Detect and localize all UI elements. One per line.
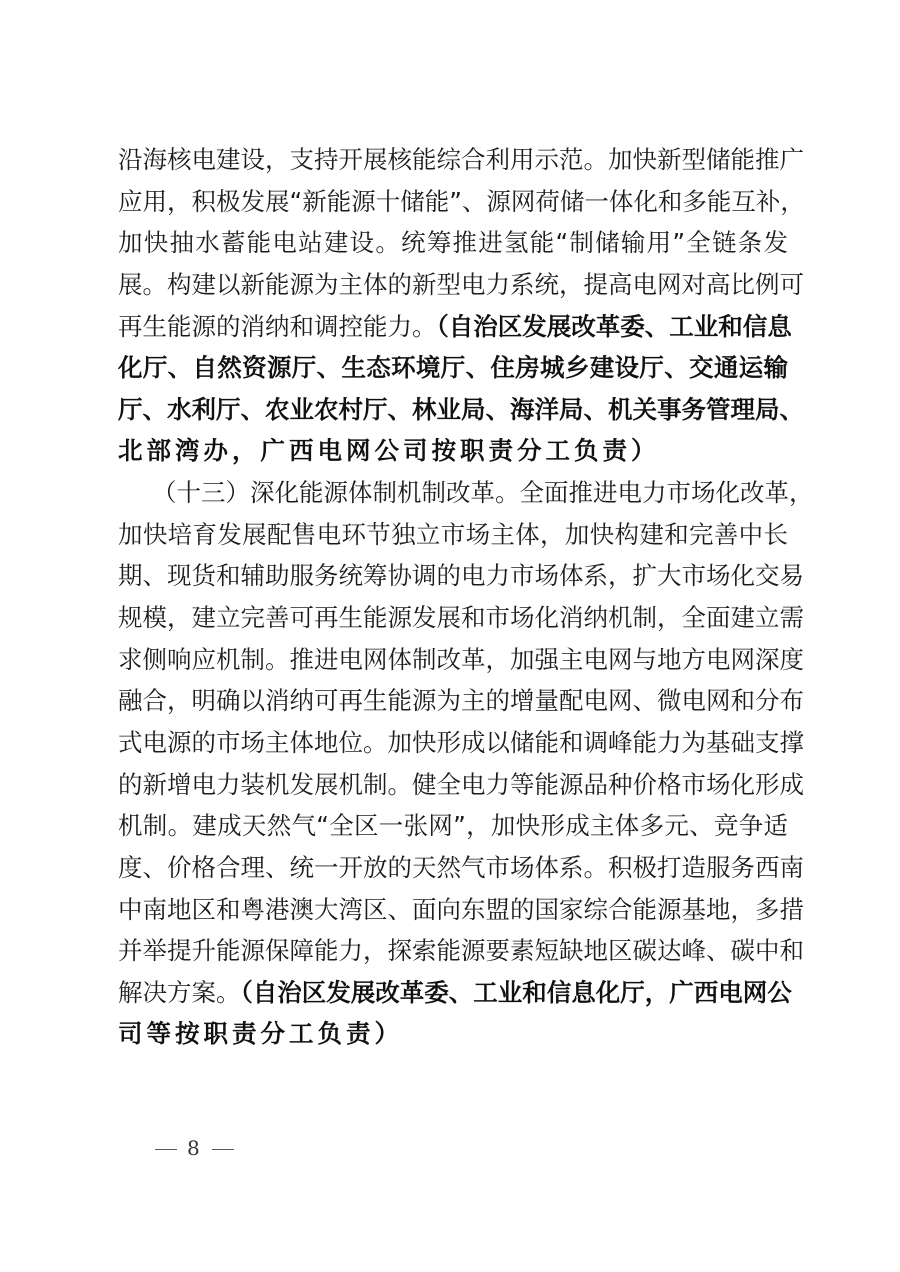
paragraph-text: 再生能源的消纳和调控能力。 (118, 312, 437, 341)
responsible-departments: 北部湾办，广西电网公司按职责分工负责） (118, 436, 660, 465)
text-line: 的新增电力装机发展机制。健全电力等能源品种价格市场化形成 (118, 764, 788, 806)
text-line: 沿海核电建设，支持开展核能综合利用示范。加快新型储能推广 (118, 139, 788, 181)
section-heading: （十三）深化能源体制机制改革。 (152, 478, 520, 507)
text-line: 融合，明确以消纳可再生能源为主的增量配电网、微电网和分布 (118, 680, 788, 722)
text-line: 展。构建以新能源为主体的新型电力系统，提高电网对高比例可 (118, 264, 788, 306)
paragraph-text: 加快培育发展配售电环节独立市场主体，加快构建和完善中长 (118, 520, 788, 549)
paragraph-text: 期、现货和辅助服务统筹协调的电力市场体系，扩大市场化交易 (118, 561, 804, 590)
paragraph-text: 机制。建成天然气“全区一张网”，加快形成主体多元、竞争适 (118, 811, 788, 840)
dash-right (212, 1149, 234, 1150)
text-line: 并举提升能源保障能力，探索能源要素短缺地区碳达峰、碳中和 (118, 930, 788, 972)
paragraph-text: 求侧响应机制。推进电网体制改革，加强主电网与地方电网深度 (118, 645, 804, 674)
text-line: 解决方案。（自治区发展改革委、工业和信息化厅，广西电网公 (118, 972, 788, 1014)
text-line: （十三）深化能源体制机制改革。全面推进电力市场化改革， (118, 472, 788, 514)
responsible-departments: （自治区发展改革委、工业和信息化厅，广西电网公 (241, 978, 792, 1007)
text-line: 求侧响应机制。推进电网体制改革，加强主电网与地方电网深度 (118, 639, 788, 681)
paragraph-text: 中南地区和粤港澳大湾区、面向东盟的国家综合能源基地，多措 (118, 895, 804, 924)
paragraph-text: 式电源的市场主体地位。加快形成以储能和调峰能力为基础支撑 (118, 728, 804, 757)
text-line: 化厅、自然资源厅、生态环境厅、住房城乡建设厅、交通运输 (118, 347, 788, 389)
paragraph-text: 全面推进电力市场化改革， (520, 478, 814, 507)
text-line: 加快培育发展配售电环节独立市场主体，加快构建和完善中长 (118, 514, 788, 556)
text-line: 司等按职责分工负责） (118, 1013, 788, 1055)
paragraph-text: 规模，建立完善可再生能源发展和市场化消纳机制，全面建立需 (118, 603, 804, 632)
paragraph-text: 的新增电力装机发展机制。健全电力等能源品种价格市场化形成 (118, 770, 804, 799)
responsible-departments: （自治区发展改革委、工业和信息 (437, 312, 792, 341)
paragraph-text: 沿海核电建设，支持开展核能综合利用示范。加快新型储能推广 (118, 145, 804, 174)
responsible-departments: 司等按职责分工负责） (118, 1019, 403, 1048)
text-line: 期、现货和辅助服务统筹协调的电力市场体系，扩大市场化交易 (118, 555, 788, 597)
responsible-departments: 化厅、自然资源厅、生态环境厅、住房城乡建设厅、交通运输 (118, 353, 788, 382)
text-line: 式电源的市场主体地位。加快形成以储能和调峰能力为基础支撑 (118, 722, 788, 764)
paragraph-text: 展。构建以新能源为主体的新型电力系统，提高电网对高比例可 (118, 270, 804, 299)
paragraph-text: 解决方案。 (118, 978, 241, 1007)
text-line: 度、价格合理、统一开放的天然气市场体系。积极打造服务西南 (118, 847, 788, 889)
paragraph-text: 并举提升能源保障能力，探索能源要素短缺地区碳达峰、碳中和 (118, 936, 804, 965)
text-line: 机制。建成天然气“全区一张网”，加快形成主体多元、竞争适 (118, 805, 788, 847)
text-line: 再生能源的消纳和调控能力。（自治区发展改革委、工业和信息 (118, 306, 788, 348)
body-text: 沿海核电建设，支持开展核能综合利用示范。加快新型储能推广 应用，积极发展“新能源… (118, 139, 788, 1055)
paragraph-text: 应用，积极发展“新能源十储能”、源网荷储一体化和多能互补， (118, 187, 805, 216)
text-line: 北部湾办，广西电网公司按职责分工负责） (118, 430, 788, 472)
text-line: 规模，建立完善可再生能源发展和市场化消纳机制，全面建立需 (118, 597, 788, 639)
paragraph-text: 度、价格合理、统一开放的天然气市场体系。积极打造服务西南 (118, 853, 804, 882)
text-line: 厅、水利厅、农业农村厅、林业局、海洋局、机关事务管理局、 (118, 389, 788, 431)
responsible-departments: 厅、水利厅、农业农村厅、林业局、海洋局、机关事务管理局、 (118, 395, 804, 424)
page-number: 8 (187, 1136, 202, 1160)
text-line: 加快抽水蓄能电站建设。统筹推进氢能“制储输用”全链条发 (118, 222, 788, 264)
text-line: 中南地区和粤港澳大湾区、面向东盟的国家综合能源基地，多措 (118, 889, 788, 931)
page-number-footer: 8 (145, 1136, 244, 1160)
document-page: 沿海核电建设，支持开展核能综合利用示范。加快新型储能推广 应用，积极发展“新能源… (0, 0, 900, 1272)
dash-left (155, 1149, 177, 1150)
paragraph-text: 融合，明确以消纳可再生能源为主的增量配电网、微电网和分布 (118, 686, 804, 715)
text-line: 应用，积极发展“新能源十储能”、源网荷储一体化和多能互补， (118, 181, 788, 223)
paragraph-text: 加快抽水蓄能电站建设。统筹推进氢能“制储输用”全链条发 (118, 228, 788, 257)
